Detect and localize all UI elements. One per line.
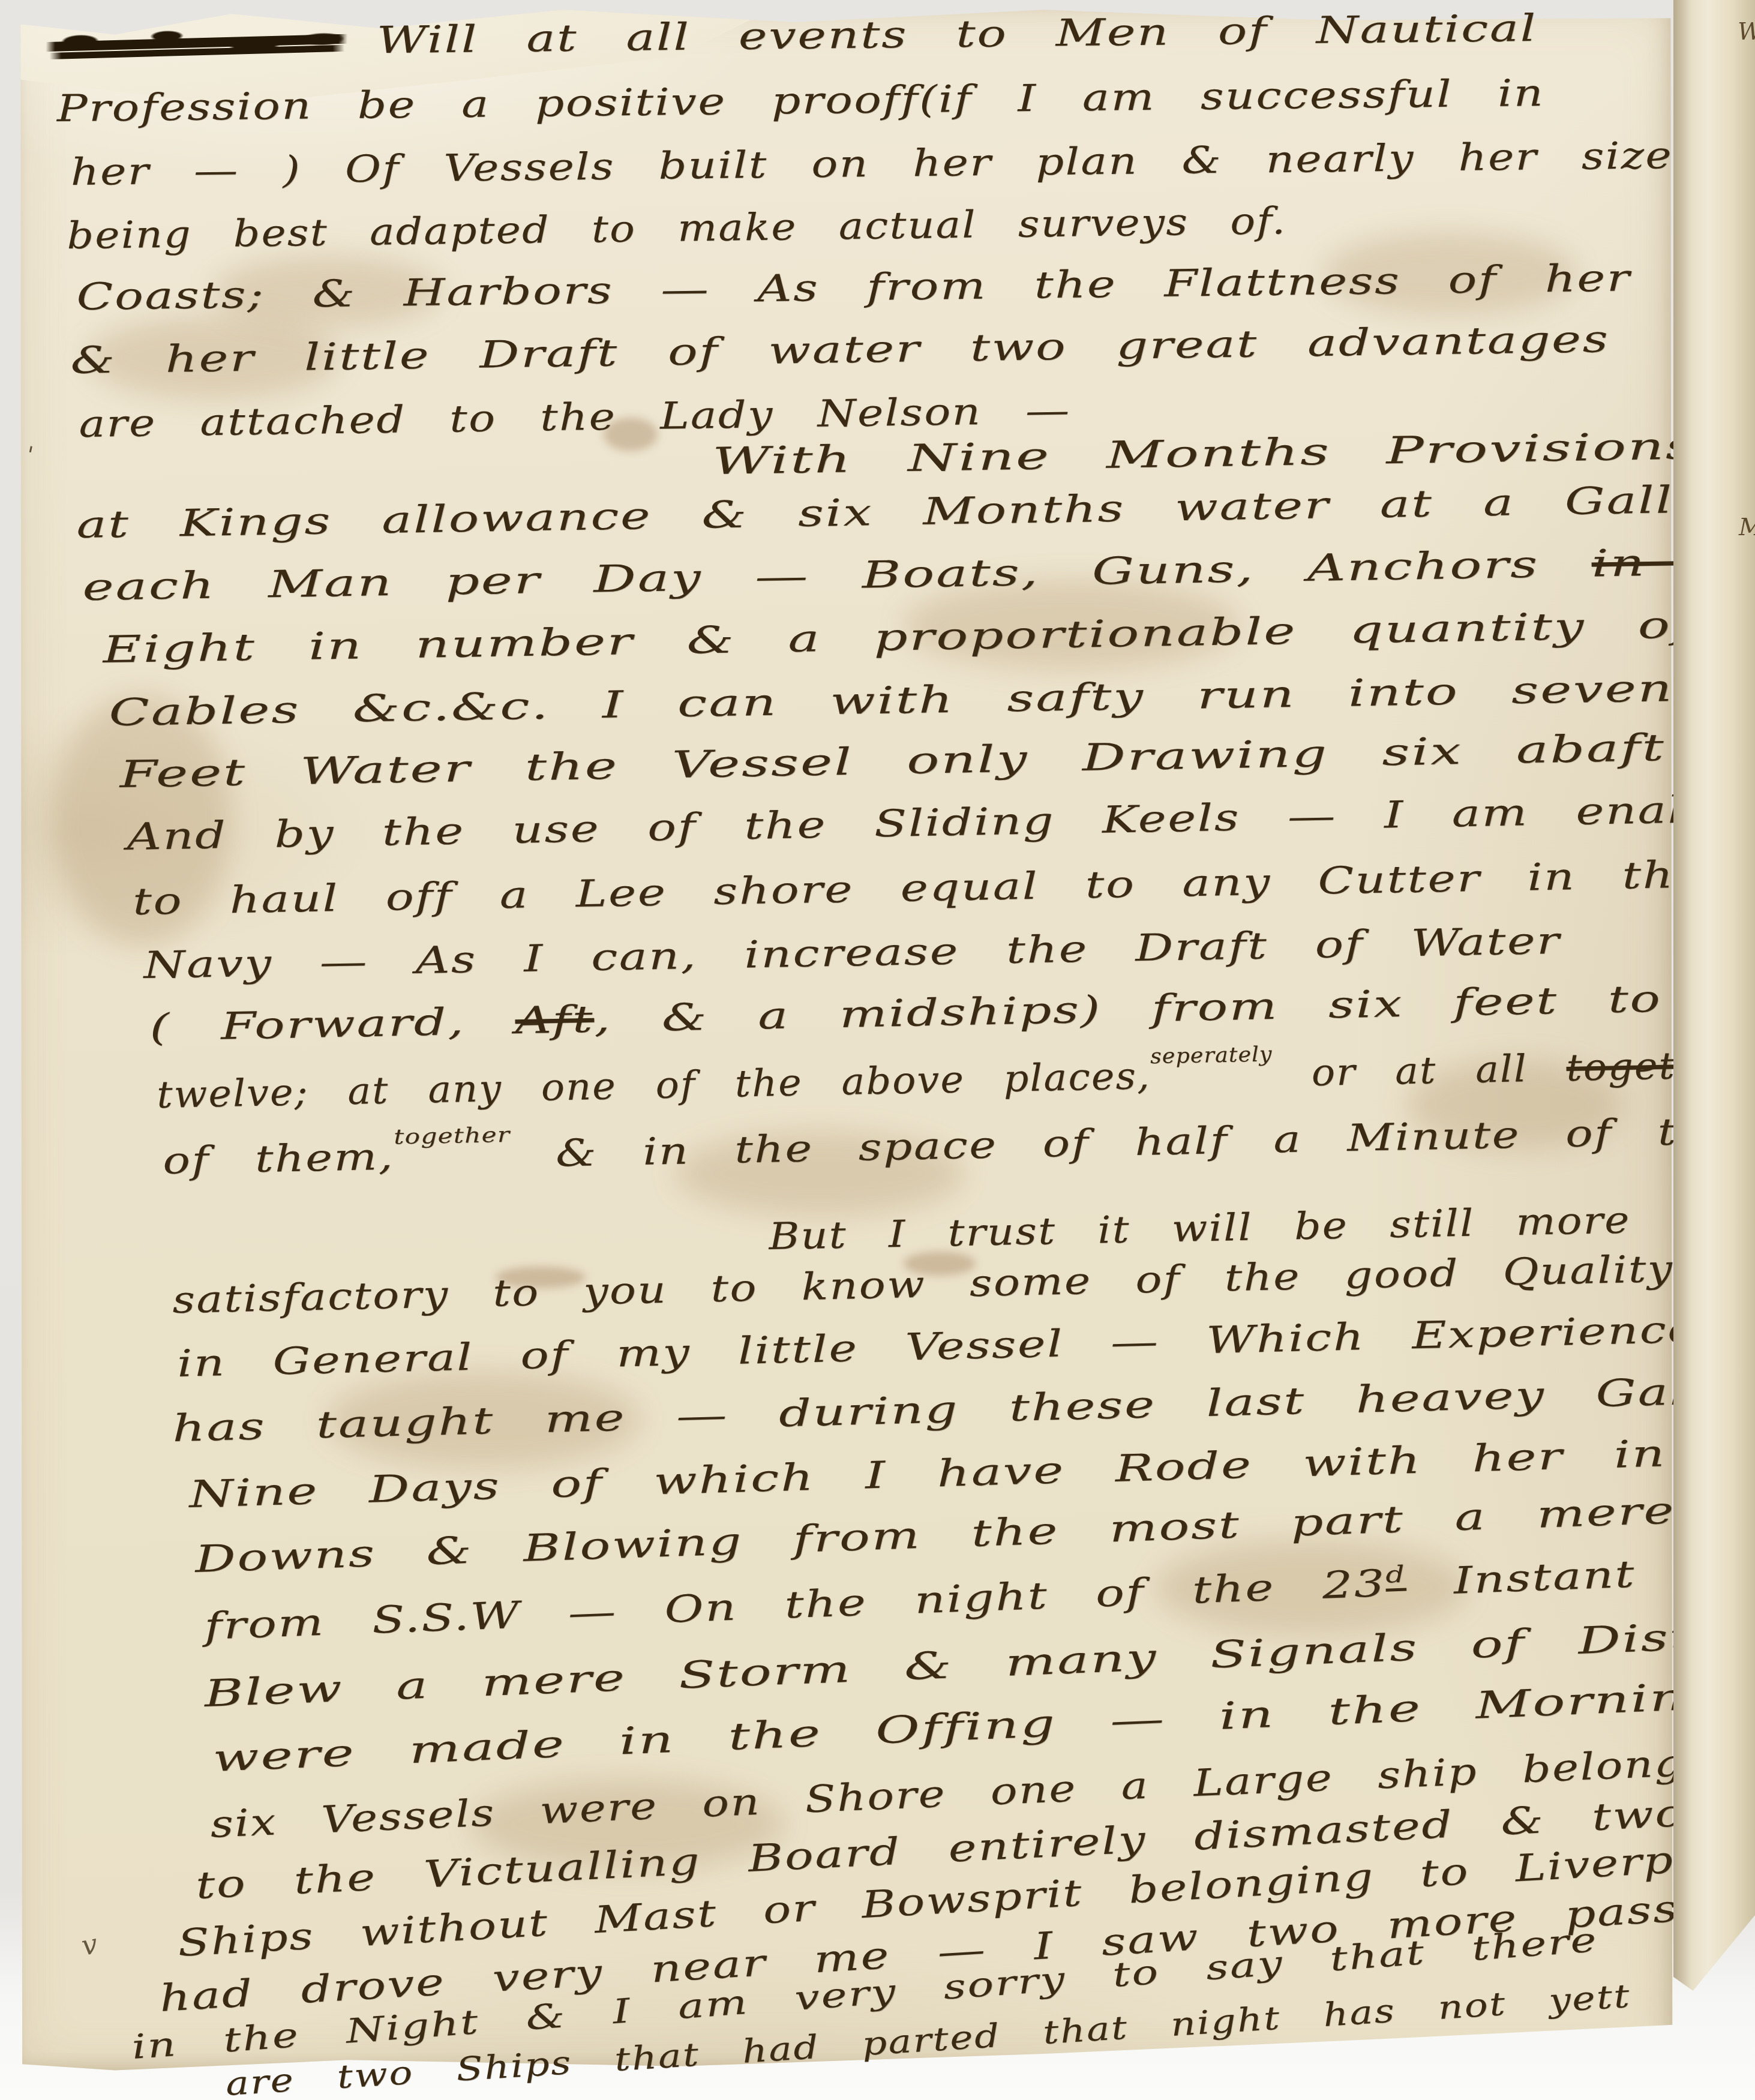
inserted-superscript-word: seperately [1150, 1043, 1273, 1067]
handwritten-text: Eight in number & a proportionable quant… [103, 602, 1693, 671]
inserted-superscript-word: d [1385, 1563, 1406, 1592]
handwritten-text: But I trust it will be still more [769, 1198, 1631, 1258]
handwritten-text: Will at all events to Men of Nautical [377, 6, 1538, 62]
manuscript-line-13: Feet Water the Vessel only Drawing six a… [119, 728, 1666, 794]
handwritten-text: her — ) Of Vessels built on her plan & n… [70, 132, 1755, 194]
handwritten-text: twelve; at any one of the above places, [157, 1054, 1151, 1117]
manuscript-line-1: Will at all events to Men of Nautical [43, 8, 1537, 63]
manuscript-line-19: of them,together & in the space of half … [163, 1111, 1755, 1180]
handwritten-text: Cables &c.&c. I can with safty run into … [109, 666, 1674, 734]
manuscript-line-6: & her little Draft of water two great ad… [70, 319, 1610, 380]
manuscript-line-21: satisfactory to you to know some of the … [172, 1249, 1698, 1319]
handwritten-text: And by the use of the Sliding Keels — I … [127, 786, 1755, 859]
manuscript-line-4: being best adapted to make actual survey… [67, 201, 1286, 255]
manuscript-line-14: And by the use of the Sliding Keels — I … [127, 788, 1755, 856]
handwritten-text: Navy — As I can, increase the Draft of W… [143, 919, 1561, 987]
handwritten-text: Coasts; & Harbors — As from the Flattnes… [76, 254, 1755, 319]
manuscript-line-17: ( Forward, Aft, & a midships) from six f… [149, 979, 1662, 1047]
handwritten-text: satisfactory to you to know some of the … [172, 1246, 1698, 1322]
manuscript-line-16: Navy — As I can, increase the Draft of W… [143, 921, 1561, 985]
manuscript-line-11: Eight in number & a proportionable quant… [103, 605, 1693, 669]
partial-letter-fragment: W [1738, 18, 1755, 46]
manuscript-line-12: Cables &c.&c. I can with safty run into … [109, 668, 1674, 732]
handwritten-text: of them, [163, 1135, 395, 1183]
handwritten-text: each Man per Day — Boats, Guns, Anchors [82, 541, 1592, 609]
handwritten-text: in General of my little Vessel — Which E… [176, 1307, 1697, 1385]
manuscript-line-9: at Kings allowance & six Months water at… [76, 479, 1739, 544]
struck-out-illegible-text [43, 24, 354, 64]
manuscript-line-2: Profession be a positive prooff(if I am … [56, 73, 1544, 128]
partial-letter-fragment: M [1739, 514, 1755, 541]
handwritten-text: & in the space of half a Minute of time [510, 1108, 1755, 1176]
handwritten-text: to haul off a Lee shore equal to any Cut… [133, 852, 1704, 923]
inserted-superscript-word: together [394, 1124, 511, 1148]
manuscript-line-18: twelve; at any one of the above places,s… [157, 1045, 1747, 1114]
handwritten-text: & her little Draft of water two great ad… [70, 317, 1610, 382]
struck-through-word: Aft [515, 997, 595, 1043]
handwritten-text: being best adapted to make actual survey… [67, 199, 1286, 257]
handwritten-text: , & a midships) from six feet to [593, 977, 1662, 1041]
manuscript-line-15: to haul off a Lee shore equal to any Cut… [133, 854, 1704, 921]
manuscript-line-22: in General of my little Vessel — Which E… [177, 1310, 1697, 1384]
handwritten-text: Profession be a positive prooff(if I am … [56, 71, 1544, 130]
adjacent-page-edge: W M [1673, 0, 1755, 1991]
manuscript-line-10: each Man per Day — Boats, Guns, Anchors … [82, 541, 1755, 607]
handwritten-text-block: Will at all events to Men of NauticalPro… [0, 0, 1755, 2100]
handwritten-text: at Kings allowance & six Months water at… [76, 476, 1739, 547]
handwritten-text: or at all [1272, 1046, 1567, 1095]
manuscript-scan: Will at all events to Men of NauticalPro… [0, 0, 1755, 2100]
handwritten-text: ( Forward, [149, 998, 515, 1049]
manuscript-line-20: But I trust it will be still more [769, 1200, 1631, 1256]
manuscript-line-3: her — ) Of Vessels built on her plan & n… [70, 134, 1755, 191]
handwritten-text: Feet Water the Vessel only Drawing six a… [119, 725, 1666, 796]
manuscript-line-5: Coasts; & Harbors — As from the Flattnes… [76, 256, 1755, 316]
